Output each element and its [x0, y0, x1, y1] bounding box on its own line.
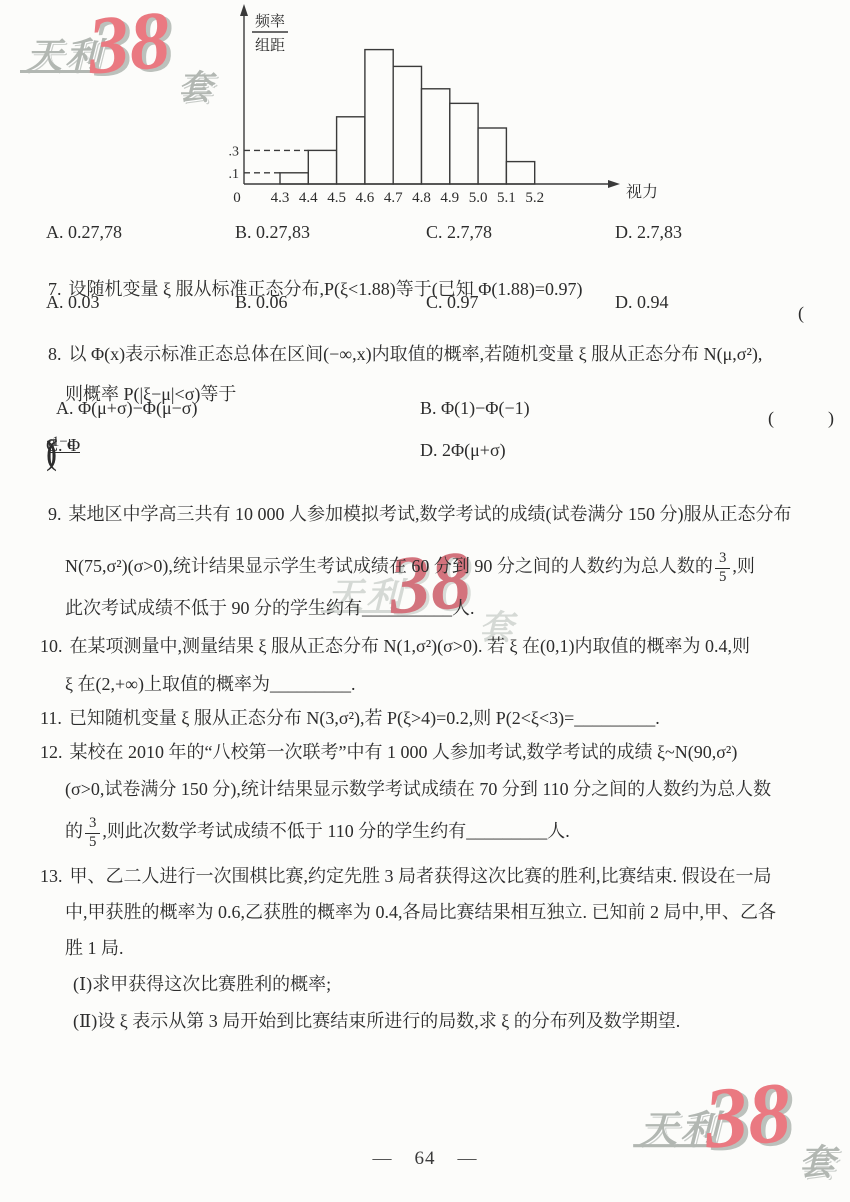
- histogram-svg: 4.34.44.54.64.74.84.95.05.15.20视力0.30.1频…: [228, 2, 668, 214]
- svg-text:5.0: 5.0: [469, 190, 488, 206]
- exam-paper-page: 天利 38 套 天利 38 套 天利 38 套 4.34.44.54.64.74…: [0, 0, 850, 1202]
- q8-option-c-rparen: ): [46, 435, 57, 473]
- svg-text:4.8: 4.8: [412, 190, 431, 206]
- question-13-line2: 中,甲获胜的概率为 0.6,乙获胜的概率为 0.4,各局比赛结果相互独立. 已知…: [47, 878, 776, 948]
- svg-text:视力: 视力: [626, 183, 658, 201]
- svg-text:频率: 频率: [255, 13, 285, 30]
- q7-option-c: C. 0.97: [426, 292, 479, 313]
- q7-option-a: A. 0.03: [46, 292, 100, 313]
- q13-part2-text: (Ⅱ)设 ξ 表示从第 3 局开始到比赛结束所进行的局数,求 ξ 的分布列及数学…: [73, 1011, 680, 1031]
- tianli38-logo-top: 天利 38 套: [2, 8, 232, 128]
- page-footer: —64—: [0, 1148, 850, 1170]
- q13-text-line2: 中,甲获胜的概率为 0.6,乙获胜的概率为 0.4,各局比赛结果相互独立. 已知…: [65, 902, 776, 922]
- svg-text:5.1: 5.1: [497, 190, 516, 206]
- q8-options-row2: C. Φ(1−μσ) D. 2Φ(μ+σ): [0, 425, 850, 475]
- q12-text-line3-pre: 的: [65, 822, 83, 842]
- svg-text:4.3: 4.3: [271, 190, 290, 206]
- q8-options-row1: A. Φ(μ+σ)−Φ(μ−σ) B. Φ(1)−Φ(−1): [0, 398, 850, 424]
- tianli38-logo-bottom: 天利 38 套: [614, 1079, 850, 1202]
- q8-option-b: B. Φ(1)−Φ(−1): [420, 398, 530, 419]
- q8-option-d: D. 2Φ(μ+σ): [420, 440, 506, 461]
- q6-option-d: D. 2.7,83: [615, 222, 682, 243]
- q9-fraction-denominator: 5: [715, 569, 730, 586]
- q12-text-line3-post: ,则此次数学考试成绩不低于 110 分的学生约有_________人.: [102, 822, 569, 842]
- logo-underline: [20, 70, 92, 73]
- q6-option-a: A. 0.27,78: [46, 222, 122, 243]
- q9-fraction: 35: [715, 551, 730, 585]
- q9-fraction-numerator: 3: [715, 551, 730, 569]
- svg-text:0.3: 0.3: [228, 144, 239, 159]
- footer-right-dash: —: [458, 1148, 478, 1170]
- svg-text:0.1: 0.1: [228, 167, 239, 182]
- vision-frequency-histogram: 4.34.44.54.64.74.84.95.05.15.20视力0.30.1频…: [228, 2, 668, 219]
- q9-text-line2-post: ,则: [732, 557, 755, 577]
- svg-text:4.5: 4.5: [327, 190, 346, 206]
- svg-text:组距: 组距: [255, 37, 285, 54]
- q6-option-b: B. 0.27,83: [235, 222, 310, 243]
- q7-options-row: A. 0.03 B. 0.06 C. 0.97 D. 0.94: [0, 292, 850, 318]
- q7-option-b: B. 0.06: [235, 292, 288, 313]
- page-number: 64: [415, 1148, 436, 1169]
- q7-option-d: D. 0.94: [615, 292, 669, 313]
- logo-underline: [633, 1144, 709, 1147]
- footer-left-dash: —: [373, 1148, 393, 1170]
- q6-option-c: C. 2.7,78: [426, 222, 492, 243]
- logo-38-text: 38: [84, 0, 174, 96]
- question-13-part2: (Ⅱ)设 ξ 表示从第 3 局开始到比赛结束所进行的局数,求 ξ 的分布列及数学…: [55, 987, 680, 1057]
- logo-tao-text: 套: [178, 60, 212, 109]
- svg-text:0: 0: [233, 190, 241, 206]
- svg-text:4.6: 4.6: [356, 190, 375, 206]
- q6-options-row: A. 0.27,78 B. 0.27,83 C. 2.7,78 D. 2.7,8…: [0, 222, 850, 248]
- q9-number: 9.: [48, 504, 62, 524]
- svg-text:4.9: 4.9: [440, 190, 459, 206]
- q12-fraction-numerator: 3: [85, 816, 100, 834]
- q9-text-line1: 某地区中学高三共有 10 000 人参加模拟考试,数学考试的成绩(试卷满分 15…: [69, 504, 792, 524]
- svg-text:5.2: 5.2: [525, 190, 544, 206]
- svg-text:4.4: 4.4: [299, 190, 318, 206]
- svg-text:4.7: 4.7: [384, 190, 403, 206]
- q8-option-a: A. Φ(μ+σ)−Φ(μ−σ): [56, 398, 197, 419]
